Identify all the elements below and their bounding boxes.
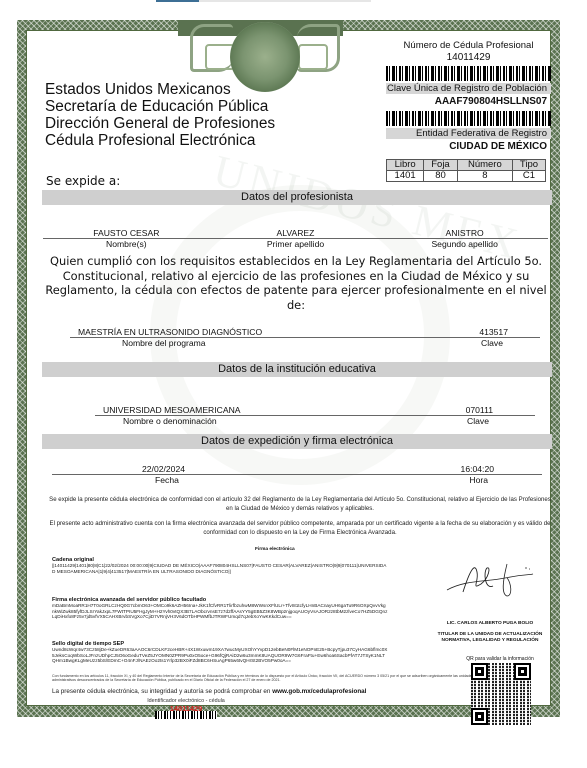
cadena-original-block: Cadena original ||14011429|1401|80|8|C1|…: [52, 557, 388, 574]
curp-label: Clave Única de Registro de Población: [386, 83, 551, 94]
cadena-original-value: ||14011429|1401|80|8|C1|22/02/2024 00:00…: [52, 563, 388, 574]
tipo-value: C1: [513, 171, 546, 182]
header-line-1: Estados Unidos Mexicanos: [45, 81, 275, 98]
firma-servidor-block: Firma electrónica avanzada del servidor …: [52, 597, 388, 620]
issuer-header: Estados Unidos Mexicanos Secretaría de E…: [45, 81, 275, 149]
entidad-label: Entidad Federativa de Registro: [386, 128, 551, 139]
expedicion-fields: 22/02/2024 16:04:20 Fecha Hora: [52, 464, 542, 486]
qr-code-icon[interactable]: [471, 663, 531, 725]
entidad-value: CIUDAD DE MÉXICO: [386, 141, 551, 153]
programa-fields: MAESTRÍA EN ULTRASONIDO DIAGNÓSTICO 4135…: [70, 327, 540, 349]
segundo-apellido-label: Segundo apellido: [381, 239, 548, 250]
paragraph-fundamento-2: El presente acto administrativo cuenta c…: [48, 520, 552, 537]
programa-clave-value: 413517: [315, 327, 541, 337]
header-line-3: Dirección General de Profesiones: [45, 115, 275, 132]
identificador-barcode: [155, 711, 217, 719]
signer-title: TITULAR DE LA UNIDAD DE ACTUALIZACIÓN NO…: [430, 632, 550, 643]
programa-clave-label: Clave: [332, 338, 540, 349]
section-profesionista: Datos del profesionista: [42, 190, 552, 205]
cedula-label: Número de Cédula Profesional: [386, 40, 551, 51]
sello-digital-value: Uwnd8cWqr4w73Cz58jDe+kZueDR63aAAOC6rCDLK…: [52, 647, 388, 664]
qr-label: QR para validar la información: [460, 656, 540, 662]
profesionista-fields: FAUSTO CESAR ALVAREZ ANISTRO Nombre(s) P…: [43, 228, 548, 250]
nombre-value: FAUSTO CESAR: [43, 228, 210, 238]
registration-box: Número de Cédula Profesional 14011429 Cl…: [386, 40, 551, 182]
col-foja: Foja: [424, 160, 457, 171]
viewer-top-strip: [156, 0, 371, 2]
firma-electronica-title: Firma electrónica: [255, 547, 295, 552]
sello-digital-block: Sello digital de tiempo SEP Uwnd8cWqr4w7…: [52, 641, 388, 664]
primer-apellido-label: Primer apellido: [210, 239, 382, 250]
verify-text: La presente cédula electrónica, su integ…: [52, 688, 270, 695]
fecha-value: 22/02/2024: [52, 464, 318, 474]
header-line-2: Secretaría de Educación Pública: [45, 98, 275, 115]
signer-name: LIC. CARLOS ALBERTO PUGA BOLIO: [430, 621, 550, 626]
col-libro: Libro: [387, 160, 424, 171]
signature-icon: [445, 560, 535, 600]
institucion-fields: UNIVERSIDAD MESOAMERICANA 070111 Nombre …: [95, 405, 535, 427]
hora-value: 16:04:20: [318, 464, 542, 474]
verify-line: La presente cédula electrónica, su integ…: [52, 688, 412, 695]
curp-value: AAAF790804HSLLNS07: [386, 96, 551, 108]
section-institucion: Datos de la institución educativa: [42, 362, 552, 377]
legal-statement: Quien cumplió con los requisitos estable…: [40, 254, 552, 312]
hora-label: Hora: [322, 475, 543, 486]
foja-value: 80: [424, 171, 457, 182]
institucion-nombre-value: UNIVERSIDAD MESOAMERICANA: [95, 405, 337, 415]
fecha-label: Fecha: [52, 475, 322, 486]
nombre-label: Nombre(s): [43, 239, 210, 250]
qr-finder-icon: [514, 663, 531, 680]
programa-nombre-value: MAESTRÍA EN ULTRASONIDO DIAGNÓSTICO: [70, 327, 315, 337]
institucion-nombre-label: Nombre o denominación: [95, 416, 343, 427]
col-tipo: Tipo: [513, 160, 546, 171]
institucion-clave-label: Clave: [343, 416, 535, 427]
firma-servidor-value: mDaBmMoaRR1H7T0oGRLCzHQ0G7cbmO63+OMCo9k6…: [52, 603, 388, 620]
header-line-4: Cédula Profesional Electrónica: [45, 132, 275, 149]
numero-value: 8: [457, 171, 512, 182]
col-numero: Número: [457, 160, 512, 171]
primer-apellido-value: ALVAREZ: [210, 228, 382, 238]
institucion-clave-value: 070111: [337, 405, 535, 415]
expide-label: Se expide a:: [46, 174, 120, 188]
registro-table: Libro Foja Número Tipo 1401 80 8 C1: [386, 159, 546, 182]
section-expedicion: Datos de expedición y firma electrónica: [42, 434, 552, 449]
paragraph-fundamento-1: Se expide la presente cédula electrónica…: [48, 496, 552, 513]
cedula-barcode: [386, 66, 551, 81]
cedula-number: 14011429: [386, 52, 551, 63]
viewer-tab-accent: [156, 0, 199, 2]
fundamento-legal: Con fundamento en los artículos 11, frac…: [52, 674, 532, 683]
libro-value: 1401: [387, 171, 424, 182]
ornament-right-inner-icon: [298, 44, 328, 70]
verify-url-link[interactable]: www.gob.mx/cedulaprofesional: [272, 688, 366, 695]
segundo-apellido-value: ANISTRO: [381, 228, 548, 238]
curp-barcode: [386, 111, 551, 126]
programa-nombre-label: Nombre del programa: [70, 338, 332, 349]
qr-finder-icon: [471, 708, 488, 725]
qr-finder-icon: [471, 663, 488, 680]
